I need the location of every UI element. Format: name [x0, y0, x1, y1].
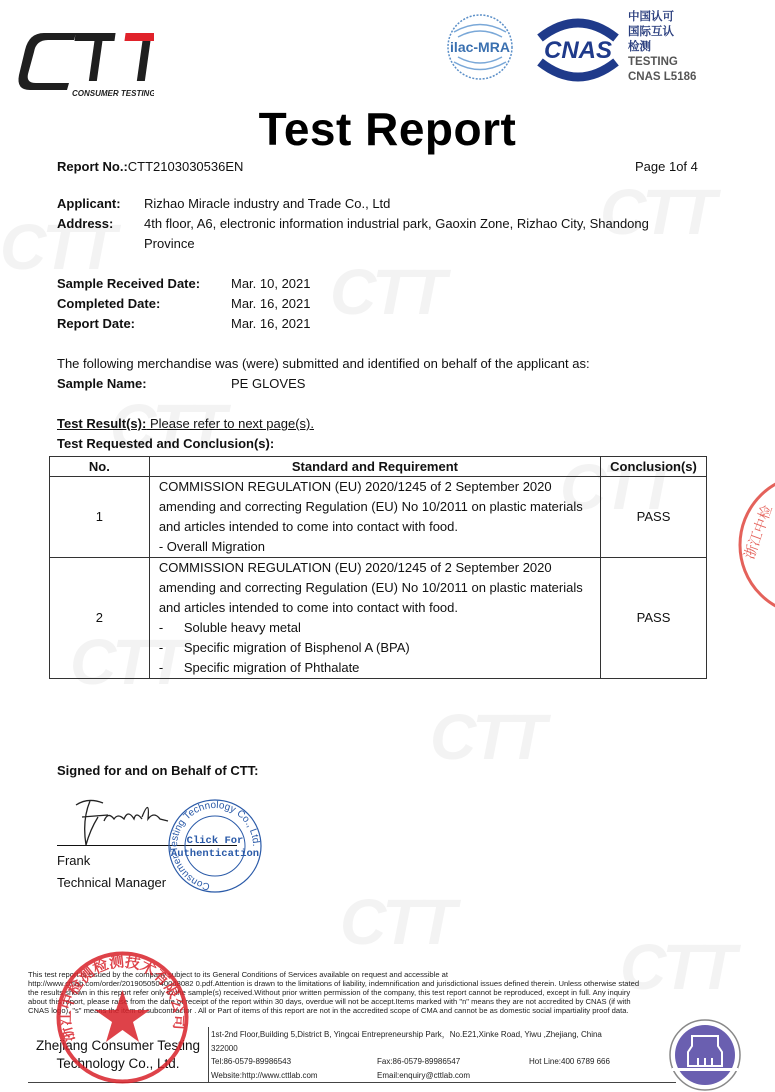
svg-text:浙江中检: 浙江中检 — [741, 503, 775, 561]
completed-date-value: Mar. 16, 2021 — [231, 296, 311, 311]
footer-fax: Fax:86-0579-89986547 — [377, 1055, 529, 1069]
row-standard: COMMISSION REGULATION (EU) 2020/1245 of … — [149, 558, 600, 679]
footer-contact-info: 1st-2nd Floor,Building 5,District B, Yin… — [211, 1028, 671, 1082]
table-header-row: No. Standard and Requirement Conclusion(… — [50, 457, 707, 477]
row-conclusion: PASS — [601, 558, 707, 679]
footer-website-link[interactable]: Website:http://www.cttlab.com — [211, 1069, 377, 1083]
svg-text:CONSUMER TESTING TECH: CONSUMER TESTING TECH — [72, 89, 154, 98]
received-date-value: Mar. 10, 2021 — [231, 276, 311, 291]
svg-text:Authentication: Authentication — [171, 848, 259, 860]
footer-divider — [208, 1027, 209, 1082]
row-number: 1 — [50, 477, 150, 558]
ctt-watermark: CTT — [430, 700, 542, 774]
row-conclusion: PASS — [601, 477, 707, 558]
applicant-label: Applicant: — [57, 196, 121, 211]
sample-name-value: PE GLOVES — [231, 376, 305, 391]
received-date-label: Sample Received Date: — [57, 276, 200, 291]
address-line-2: Province — [144, 236, 195, 251]
report-date-label: Report Date: — [57, 316, 135, 331]
completed-date-label: Completed Date: — [57, 296, 160, 311]
requirement-bullet: -Specific migration of Phthalate — [159, 658, 596, 678]
handwritten-signature — [68, 795, 178, 850]
report-date-value: Mar. 16, 2021 — [231, 316, 311, 331]
ctt-watermark: CTT — [600, 175, 712, 249]
red-seal-partial: 浙江中检 — [735, 470, 775, 620]
test-requested-heading: Test Requested and Conclusion(s): — [57, 436, 274, 451]
signed-on-behalf-heading: Signed for and on Behalf of CTT: — [57, 763, 259, 778]
footer-email-link[interactable]: Email:enquiry@cttlab.com — [377, 1069, 529, 1083]
address-line-1: 4th floor, A6, electronic information in… — [144, 216, 649, 231]
ctt-watermark: CTT — [330, 255, 442, 329]
svg-text:CNAS: CNAS — [544, 37, 612, 64]
header-standard: Standard and Requirement — [149, 457, 600, 477]
address-label: Address: — [57, 216, 113, 231]
svg-text:Click For: Click For — [187, 835, 244, 847]
page-number: Page 1of 4 — [635, 157, 698, 177]
signer-title: Technical Manager — [57, 875, 166, 890]
ilac-mra-logo: ilac-MRA — [440, 12, 520, 82]
cnas-accreditation-text: 中国认可 国际互认 检测 TESTING CNAS L5186 — [628, 10, 696, 85]
page-title: Test Report — [0, 102, 775, 156]
ctt-watermark: CTT — [340, 885, 452, 959]
authentication-seal-button[interactable]: Consumer Testing Technology Co., Ltd. Cl… — [164, 798, 266, 894]
merchandise-intro: The following merchandise was (were) sub… — [57, 356, 590, 371]
organization-emblem-icon — [668, 1018, 742, 1092]
applicant-value: Rizhao Miracle industry and Trade Co., L… — [144, 196, 390, 211]
header-no: No. — [50, 457, 150, 477]
requirement-bullet: -Specific migration of Bisphenol A (BPA) — [159, 638, 596, 658]
results-table: No. Standard and Requirement Conclusion(… — [49, 456, 707, 679]
row-standard: COMMISSION REGULATION (EU) 2020/1245 of … — [149, 477, 600, 558]
row-number: 2 — [50, 558, 150, 679]
cnas-logo: CNAS — [528, 16, 628, 82]
signer-name: Frank — [57, 853, 90, 868]
header-conclusion: Conclusion(s) — [601, 457, 707, 477]
table-row: 2 COMMISSION REGULATION (EU) 2020/1245 o… — [50, 558, 707, 679]
requirement-bullet: -Soluble heavy metal — [159, 618, 596, 638]
report-number: Report No.:CTT2103030536EN — [57, 157, 243, 177]
table-row: 1 COMMISSION REGULATION (EU) 2020/1245 o… — [50, 477, 707, 558]
red-company-seal: 浙江中检测检测技术有限公司 — [55, 950, 190, 1085]
test-result-line: Test Result(s): Please refer to next pag… — [57, 416, 314, 431]
footer-tel: Tel:86-0579-89986543 — [211, 1055, 377, 1069]
ctt-logo: CONSUMER TESTING TECH — [14, 30, 154, 98]
accreditation-block: ilac-MRA CNAS 中国认可 国际互认 检测 TESTING CNAS … — [440, 8, 740, 88]
footer-hotline: Hot Line:400 6789 666 — [529, 1055, 610, 1069]
sample-name-label: Sample Name: — [57, 376, 147, 391]
svg-text:ilac-MRA: ilac-MRA — [450, 39, 510, 55]
